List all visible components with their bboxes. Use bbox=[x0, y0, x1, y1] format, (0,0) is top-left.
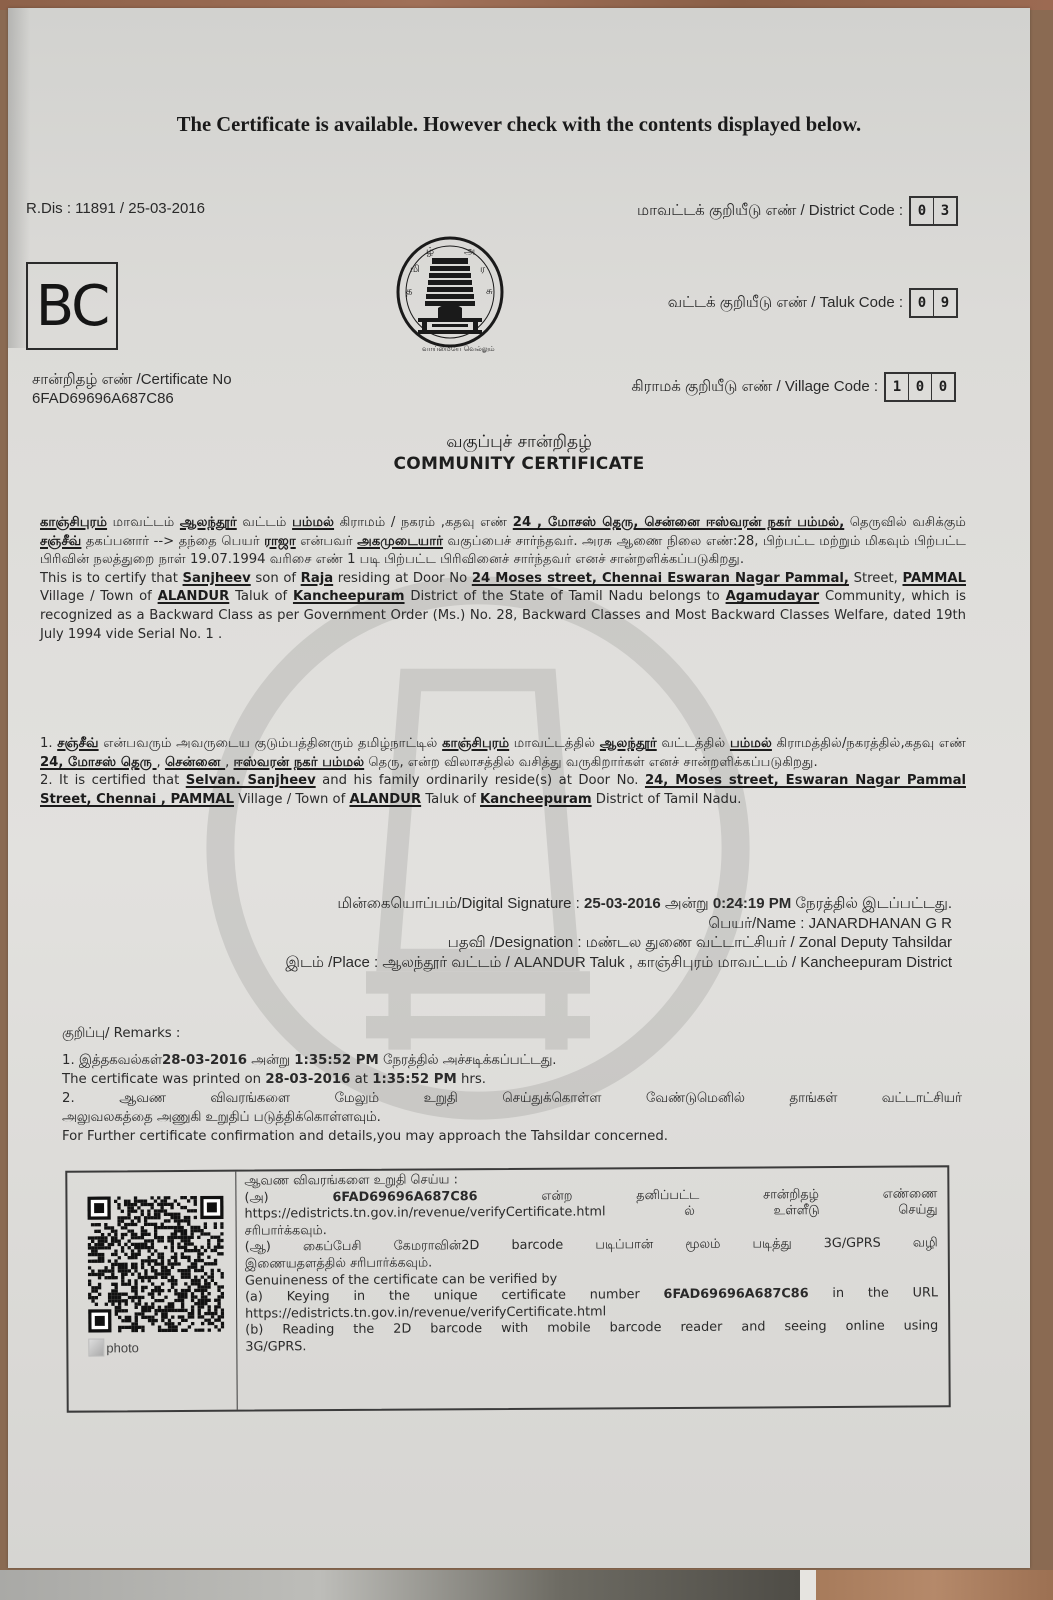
remark-confirm-en: For Further certificate confirmation and… bbox=[62, 1127, 962, 1146]
signature-date: 25-03-2016 bbox=[584, 895, 661, 912]
signature-block: மின்கையொப்பம்/Digital Signature : 25-03-… bbox=[92, 894, 952, 972]
certificate-page: The Certificate is available. However ch… bbox=[8, 8, 1030, 1568]
holder-name-ta: சஞ்சீவ் bbox=[40, 534, 81, 549]
village-code: கிராமக் குறியீடு எண் / Village Code : 1 … bbox=[631, 372, 956, 402]
father-name: Raja bbox=[301, 571, 333, 586]
village-name: PAMMAL bbox=[902, 571, 966, 586]
verification-instructions: ஆவண விவரங்களை உறுதி செய்ய : (அ) 6FAD6969… bbox=[236, 1167, 948, 1409]
district-name: Kancheepuram bbox=[293, 589, 405, 604]
taluk-code: வட்டக் குறியீடு எண் / Taluk Code : 0 9 bbox=[668, 288, 958, 318]
taluk-name: ALANDUR bbox=[158, 589, 230, 604]
svg-text:சு: சு bbox=[486, 286, 493, 297]
certificate-number: 6FAD69696A687C86 bbox=[32, 389, 232, 408]
svg-text:ழ்: ழ் bbox=[426, 246, 434, 257]
code-digit: 0 bbox=[911, 198, 934, 224]
father-name-ta: ராஜா bbox=[264, 534, 296, 549]
rdis-reference: R.Dis : 11891 / 25-03-2016 bbox=[26, 200, 205, 217]
code-digit: 0 bbox=[932, 374, 954, 400]
broken-image-icon bbox=[88, 1338, 104, 1356]
taluk-name-ta: ஆலந்தூர் bbox=[180, 515, 237, 530]
community-name-ta: அகமுடையார் bbox=[357, 534, 443, 549]
tamil-nadu-govt-emblem-icon: தமிழ் அரசு வாய்மையே வெல்லும் bbox=[392, 234, 510, 356]
district-code: மாவட்டக் குறியீடு எண் / District Code : … bbox=[637, 196, 958, 226]
signature-time: 0:24:19 PM bbox=[713, 895, 791, 912]
verify-url[interactable]: https://edistricts.tn.gov.in/revenue/ver… bbox=[244, 1205, 605, 1222]
district-code-label: மாவட்டக் குறியீடு எண் / District Code : bbox=[637, 202, 903, 221]
taluk-name: ALANDUR bbox=[349, 792, 421, 807]
address: 24 Moses street, Chennai Eswaran Nagar P… bbox=[472, 571, 849, 586]
background-table-surface bbox=[816, 1570, 1053, 1600]
availability-banner: The Certificate is available. However ch… bbox=[18, 112, 1020, 137]
signatory-designation: பதவி /Designation : மண்டல துணை வட்டாட்சி… bbox=[92, 933, 952, 953]
holder-name: Sanjheev bbox=[183, 571, 251, 586]
remark-print-en: The certificate was printed on 28-03-201… bbox=[62, 1070, 962, 1089]
qr-code-icon[interactable] bbox=[87, 1196, 224, 1333]
village-code-label: கிராமக் குறியீடு எண் / Village Code : bbox=[631, 378, 878, 397]
code-digit: 0 bbox=[911, 290, 934, 316]
community-name: Agamudayar bbox=[726, 589, 820, 604]
holder-name: Selvan. Sanjheev bbox=[186, 773, 316, 788]
district-name-ta: காஞ்சிபுரம் bbox=[40, 515, 107, 530]
code-digit: 0 bbox=[909, 374, 932, 400]
code-digit: 9 bbox=[934, 290, 956, 316]
address-ta: 24 , மோசஸ் தெரு, சென்னை ஈஸ்வரன் நகர் பம்… bbox=[513, 515, 844, 530]
svg-text:ர: ர bbox=[480, 264, 486, 275]
photo-placeholder: photo bbox=[88, 1336, 158, 1358]
code-digit: 3 bbox=[934, 198, 956, 224]
svg-text:மி: மி bbox=[410, 264, 420, 275]
certificate-number-label: சான்றிதழ் எண் /Certificate No bbox=[32, 370, 232, 389]
category-badge: BC bbox=[26, 262, 118, 350]
remark-print-ta: 1. இத்தகவல்கள்28-03-2016 அன்று 1:35:52 P… bbox=[62, 1051, 962, 1070]
certificate-number: 6FAD69696A687C86 bbox=[332, 1189, 477, 1205]
taluk-code-label: வட்டக் குறியீடு எண் / Taluk Code : bbox=[668, 294, 903, 313]
district-name: Kancheepuram bbox=[480, 792, 592, 807]
signatory-name: பெயர்/Name : JANARDHANAN G R bbox=[92, 914, 952, 934]
signatory-place: இடம் /Place : ஆலந்தூர் வட்டம் / ALANDUR … bbox=[92, 953, 952, 973]
svg-text:த: த bbox=[406, 286, 413, 297]
certificate-number-block: சான்றிதழ் எண் /Certificate No 6FAD69696A… bbox=[32, 370, 232, 408]
remark-confirm-ta: 2. ஆவண விவரங்களை மேலும் உறுதி செய்துக்கொ… bbox=[62, 1089, 962, 1108]
certificate-title-tamil: வகுப்புச் சான்றிதழ் bbox=[8, 432, 1030, 454]
remarks-section: குறிப்பு/ Remarks : 1. இத்தகவல்கள்28-03-… bbox=[62, 1024, 962, 1146]
remarks-heading: குறிப்பு/ Remarks : bbox=[62, 1024, 962, 1043]
qr-cell: photo bbox=[67, 1172, 237, 1411]
taluk-code-boxes: 0 9 bbox=[909, 288, 958, 318]
digital-signature-line: மின்கையொப்பம்/Digital Signature : 25-03-… bbox=[92, 894, 952, 914]
residence-statement: 1. சஞ்சீவ் என்பவரும் அவருடைய குடும்பத்தி… bbox=[40, 735, 966, 809]
district-code-boxes: 0 3 bbox=[909, 196, 958, 226]
community-statement: காஞ்சிபுரம் மாவட்டம் ஆலந்தூர் வட்டம் பம்… bbox=[40, 514, 966, 644]
village-code-boxes: 1 0 0 bbox=[884, 372, 956, 402]
svg-text:அ: அ bbox=[464, 246, 475, 257]
certificate-title-english: COMMUNITY CERTIFICATE bbox=[8, 454, 1030, 474]
svg-text:வாய்மையே வெல்லும்: வாய்மையே வெல்லும் bbox=[422, 345, 495, 353]
code-digit: 1 bbox=[886, 374, 909, 400]
remark-confirm-ta-2: அலுவலகத்தை அணுகி உறுதிப் படுத்திக்கொள்ளவ… bbox=[62, 1108, 962, 1127]
village-name-ta: பம்மல் bbox=[292, 515, 334, 530]
underlying-photo bbox=[0, 1570, 800, 1600]
verification-box: photo ஆவண விவரங்களை உறுதி செய்ய : (அ) 6F… bbox=[65, 1165, 950, 1412]
